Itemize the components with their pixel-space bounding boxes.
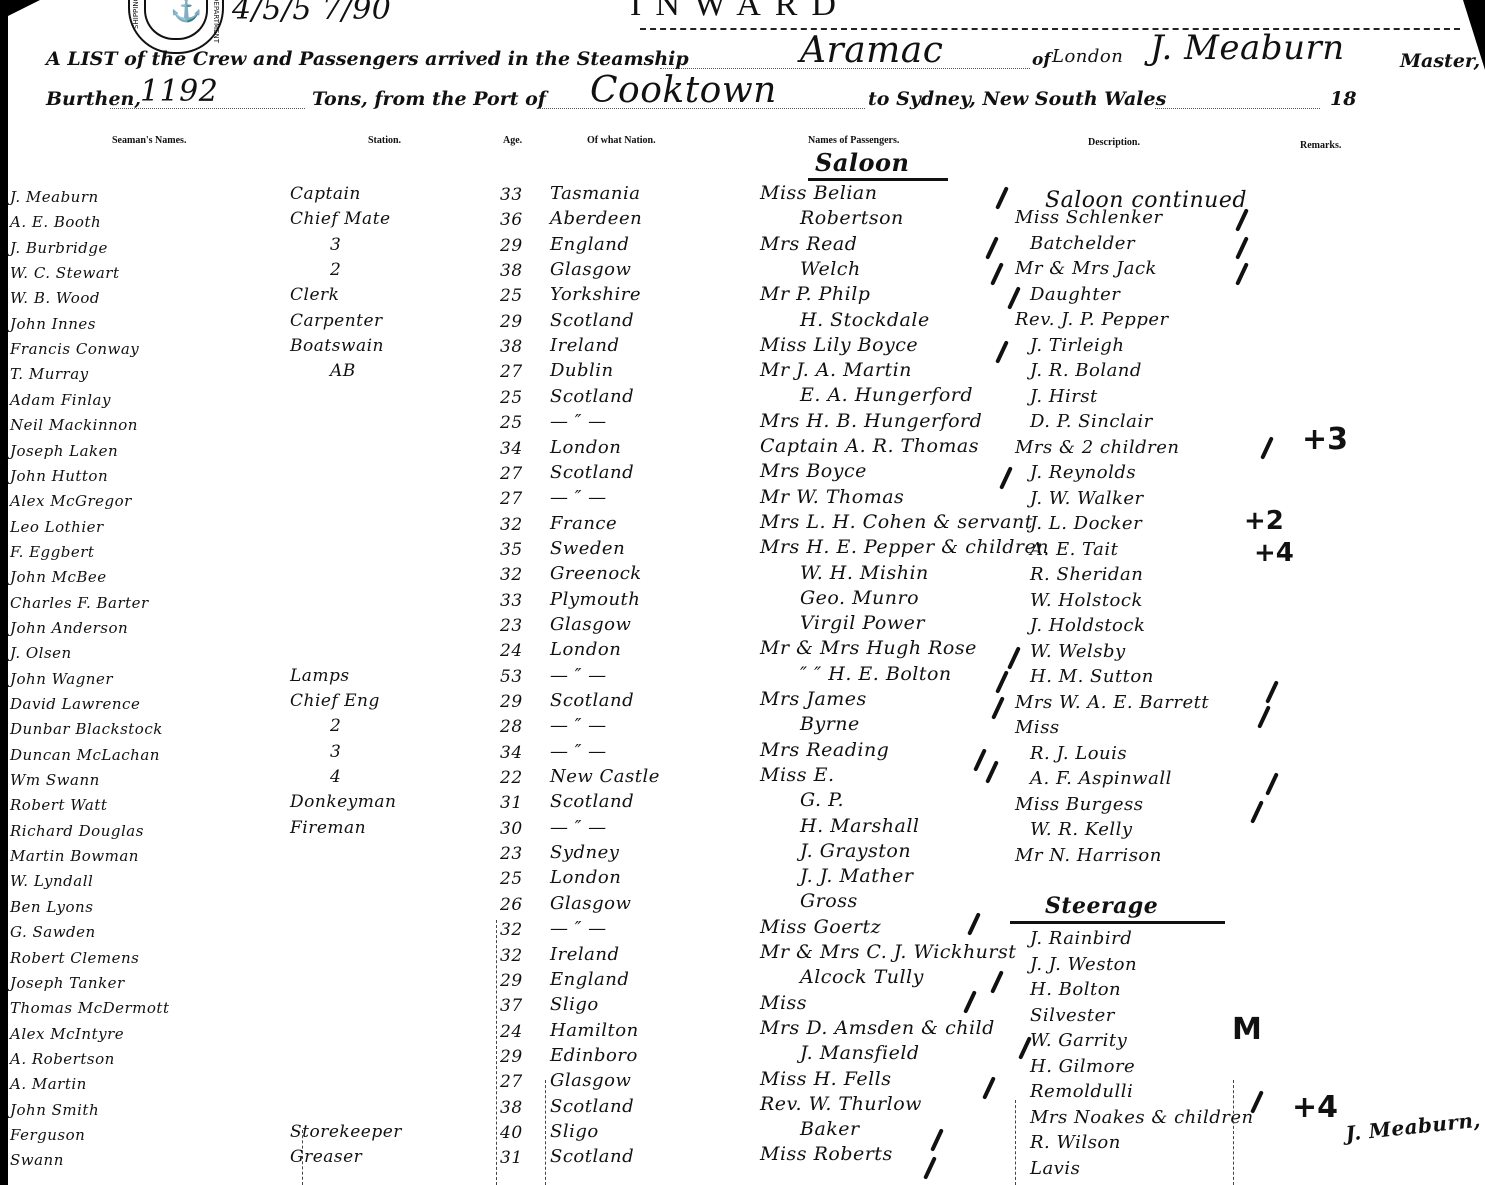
- crew-age: 31: [500, 1148, 523, 1168]
- crew-age: 29: [500, 1047, 523, 1067]
- crew-nation: Glasgow: [550, 1070, 631, 1091]
- crew-nation: London: [550, 639, 621, 660]
- passenger-name: Welch: [800, 258, 861, 280]
- passenger-name: Miss Belian: [760, 182, 878, 204]
- passenger-name: J. R. Boland: [1030, 360, 1142, 381]
- crew-name: A. Robertson: [10, 1050, 115, 1068]
- crew-age: 33: [500, 591, 523, 611]
- crew-nation: Edinboro: [550, 1045, 638, 1066]
- passenger-name: Gross: [800, 890, 858, 912]
- ship-name: Aramac: [800, 30, 943, 71]
- crew-name: David Lawrence: [10, 695, 140, 713]
- crew-name: John Wagner: [10, 670, 113, 688]
- crew-name: T. Murray: [10, 365, 89, 383]
- crew-age: 29: [500, 236, 523, 256]
- check-mark-icon: [1265, 680, 1279, 703]
- crew-station: 4: [330, 767, 341, 787]
- crew-nation: — ″ —: [550, 715, 607, 736]
- check-mark-icon: [967, 912, 981, 935]
- crew-name: A. E. Booth: [10, 213, 101, 231]
- passenger-name: W. R. Kelly: [1030, 819, 1133, 840]
- passenger-name: A. E. Tait: [1030, 539, 1118, 560]
- passenger-name: J. Tirleigh: [1030, 335, 1124, 356]
- crew-nation: Sligo: [550, 994, 599, 1015]
- crew-name: Leo Lothier: [10, 518, 104, 536]
- crew-nation: Scotland: [550, 386, 634, 407]
- crew-station: Donkeyman: [290, 792, 396, 812]
- burthen-label: Burthen,: [46, 88, 141, 110]
- crew-station: 3: [330, 235, 341, 255]
- passenger-name: Mrs & 2 children: [1015, 437, 1179, 458]
- crew-nation: London: [550, 867, 621, 888]
- crew-nation: England: [550, 234, 629, 255]
- column-rule: [1233, 1080, 1234, 1185]
- passenger-name: E. A. Hungerford: [800, 384, 973, 406]
- crew-station: Captain: [290, 184, 361, 204]
- from-port: Cooktown: [590, 70, 777, 111]
- crew-name: W. Lyndall: [10, 872, 93, 890]
- check-mark-icon: [963, 990, 977, 1013]
- crew-age: 36: [500, 210, 523, 230]
- crew-nation: Dublin: [550, 360, 614, 381]
- crew-station: Chief Mate: [290, 209, 391, 229]
- shipping-department-seal: ⚓ SHIPPING DEPARTMENT: [128, 0, 224, 54]
- crew-name: F. Eggbert: [10, 543, 94, 561]
- crew-nation: Sweden: [550, 538, 625, 559]
- check-mark-icon: [995, 670, 1009, 693]
- passenger-name: Miss Roberts: [760, 1143, 893, 1165]
- crew-name: Ferguson: [10, 1126, 85, 1144]
- passenger-name: Miss Lily Boyce: [760, 334, 918, 356]
- crew-nation: — ″ —: [550, 918, 607, 939]
- check-mark-icon: [1257, 705, 1271, 728]
- passenger-manifest-page: ⚓ SHIPPING DEPARTMENT 4/5/5 7/90 INWARD …: [0, 0, 1485, 1185]
- column-rule: [496, 920, 497, 1185]
- saloon-heading: Saloon: [815, 148, 909, 177]
- check-mark-icon: [1235, 236, 1249, 259]
- remark-mark-5: +4: [1292, 1090, 1338, 1125]
- crew-nation: Greenock: [550, 563, 642, 584]
- crew-age: 27: [500, 1072, 523, 1092]
- list-prefix: A LIST of the Crew and Passengers arrive…: [46, 48, 689, 70]
- check-mark-icon: [995, 186, 1009, 209]
- crew-age: 25: [500, 413, 523, 433]
- passenger-name: Daughter: [1030, 284, 1120, 305]
- crew-nation: Scotland: [550, 1096, 634, 1117]
- check-mark-icon: [999, 466, 1013, 489]
- crew-station: 2: [330, 260, 341, 280]
- col-header-seamen: Seaman's Names.: [112, 135, 186, 146]
- column-rule: [302, 1130, 303, 1185]
- crew-nation: — ″ —: [550, 487, 607, 508]
- passenger-name: Mrs James: [760, 688, 867, 710]
- remark-mark-1: +3: [1302, 422, 1348, 457]
- crew-age: 26: [500, 895, 523, 915]
- crew-nation: — ″ —: [550, 665, 607, 686]
- passenger-name: J. Hirst: [1030, 386, 1098, 407]
- seal-inner-ring: ⚓: [144, 0, 208, 40]
- crew-station: Fireman: [290, 818, 366, 838]
- seal-left-text: SHIPPING: [132, 0, 140, 29]
- crew-nation: Sligo: [550, 1121, 599, 1142]
- crew-name: Wm Swann: [10, 771, 100, 789]
- master-name: J. Meaburn: [1150, 28, 1345, 68]
- crew-name: W. B. Wood: [10, 289, 100, 307]
- seal-right-text: DEPARTMENT: [212, 0, 220, 43]
- burthen-value: 1192: [140, 74, 218, 109]
- crew-nation: Glasgow: [550, 893, 631, 914]
- passenger-name: G. P.: [800, 789, 844, 811]
- crew-station: Chief Eng: [290, 691, 380, 711]
- crew-name: Robert Clemens: [10, 949, 139, 967]
- crew-name: Francis Conway: [10, 340, 139, 358]
- passenger-name: J. Holdstock: [1030, 615, 1145, 636]
- crew-age: 40: [500, 1123, 523, 1143]
- passenger-name: J. W. Walker: [1030, 488, 1144, 509]
- crew-age: 29: [500, 971, 523, 991]
- passenger-name: Miss Goertz: [760, 916, 881, 938]
- crew-nation: Aberdeen: [550, 208, 642, 229]
- crew-station: Lamps: [290, 666, 350, 686]
- crew-age: 25: [500, 286, 523, 306]
- crew-name: G. Sawden: [10, 923, 96, 941]
- passenger-name: Mrs D. Amsden & child: [760, 1017, 995, 1039]
- master-label: Master,: [1400, 50, 1480, 72]
- passenger-name: W. Holstock: [1030, 590, 1143, 611]
- crew-age: 32: [500, 515, 523, 535]
- crew-name: J. Burbridge: [10, 239, 108, 257]
- crew-age: 25: [500, 869, 523, 889]
- crew-age: 38: [500, 261, 523, 281]
- steerage-passenger-name: J. Rainbird: [1030, 928, 1132, 949]
- crew-age: 33: [500, 185, 523, 205]
- steerage-passenger-name: Lavis: [1030, 1158, 1080, 1179]
- document-title: INWARD: [630, 0, 850, 24]
- crew-name: W. C. Stewart: [10, 264, 119, 282]
- scan-edge-top-left: [0, 0, 40, 20]
- crew-station: Greaser: [290, 1147, 362, 1167]
- crew-nation: Scotland: [550, 310, 634, 331]
- crew-station: Carpenter: [290, 311, 383, 331]
- passenger-name: J. J. Mather: [800, 865, 913, 887]
- tons-label: Tons, from the Port of: [312, 88, 546, 110]
- crew-age: 29: [500, 312, 523, 332]
- check-mark-icon: [990, 970, 1004, 993]
- passenger-name: H. Stockdale: [800, 309, 930, 331]
- passenger-name: W. H. Mishin: [800, 562, 929, 584]
- steerage-passenger-name: J. J. Weston: [1030, 954, 1137, 975]
- crew-age: 34: [500, 743, 523, 763]
- check-mark-icon: [1265, 772, 1279, 795]
- crew-nation: Tasmania: [550, 183, 640, 204]
- passenger-name: H. M. Sutton: [1030, 666, 1154, 687]
- passenger-name: Mr & Mrs Jack: [1015, 258, 1157, 279]
- passenger-name: Miss Schlenker: [1015, 207, 1163, 228]
- crew-age: 27: [500, 464, 523, 484]
- passenger-name: ″ ″ H. E. Bolton: [800, 663, 952, 685]
- crew-name: Adam Finlay: [10, 391, 111, 409]
- crew-name: A. Martin: [10, 1075, 87, 1093]
- crew-name: Alex McGregor: [10, 492, 132, 510]
- destination-label: to Sydney, New South Wales: [868, 88, 1166, 110]
- crew-age: 24: [500, 641, 523, 661]
- crew-nation: London: [550, 437, 621, 458]
- passenger-name: Miss Burgess: [1015, 794, 1143, 815]
- crew-name: Robert Watt: [10, 796, 107, 814]
- passenger-name: J. Grayston: [800, 840, 911, 862]
- remark-mark-3: +4: [1254, 538, 1294, 568]
- crew-name: J. Meaburn: [10, 188, 99, 206]
- saloon-underline: [808, 178, 948, 181]
- passenger-name: Mr W. Thomas: [760, 486, 904, 508]
- check-mark-icon: [1250, 1090, 1264, 1113]
- check-mark-icon: [923, 1156, 937, 1179]
- crew-age: 27: [500, 362, 523, 382]
- crew-age: 38: [500, 337, 523, 357]
- crew-station: AB: [330, 361, 356, 381]
- crew-name: J. Olsen: [10, 644, 72, 662]
- passenger-name: Batchelder: [1030, 233, 1135, 254]
- passenger-name: Virgil Power: [800, 612, 925, 634]
- crew-nation: Sydney: [550, 842, 619, 863]
- passenger-name: Geo. Munro: [800, 587, 919, 609]
- crew-age: 31: [500, 793, 523, 813]
- crew-name: Charles F. Barter: [10, 594, 149, 612]
- check-mark-icon: [985, 236, 999, 259]
- steerage-underline: [1010, 921, 1225, 924]
- check-mark-icon: [985, 760, 999, 783]
- crew-nation: Scotland: [550, 462, 634, 483]
- col-header-remarks: Remarks.: [1300, 140, 1341, 151]
- passenger-name: Mrs Read: [760, 233, 857, 255]
- passenger-name: W. Welsby: [1030, 641, 1126, 662]
- passenger-name: Mr P. Philp: [760, 283, 870, 305]
- column-rule: [1015, 1100, 1016, 1185]
- col-header-passengers: Names of Passengers.: [808, 135, 899, 146]
- crew-name: John Anderson: [10, 619, 128, 637]
- crew-age: 25: [500, 388, 523, 408]
- check-mark-icon: [1260, 436, 1274, 459]
- master-signature: J. Meaburn, Master: [1344, 1098, 1485, 1145]
- crew-nation: Scotland: [550, 690, 634, 711]
- crew-nation: — ″ —: [550, 411, 607, 432]
- crew-nation: New Castle: [550, 766, 660, 787]
- passenger-name: Baker: [800, 1118, 860, 1140]
- crew-name: Neil Mackinnon: [10, 416, 138, 434]
- passenger-name: Miss: [1015, 717, 1060, 738]
- check-mark-icon: [973, 748, 987, 771]
- crew-nation: Ireland: [550, 944, 619, 965]
- year-prefix: 18: [1330, 88, 1356, 110]
- crew-nation: — ″ —: [550, 817, 607, 838]
- date-line: [1155, 108, 1320, 109]
- check-mark-icon: [1235, 262, 1249, 285]
- passenger-name: Mr & Mrs C. J. Wickhurst: [760, 941, 1016, 963]
- remark-mark-4: M: [1232, 1012, 1262, 1047]
- crew-name: Thomas McDermott: [10, 999, 169, 1017]
- crew-nation: Ireland: [550, 335, 619, 356]
- crew-nation: Hamilton: [550, 1020, 639, 1041]
- check-mark-icon: [1007, 646, 1021, 669]
- passenger-name: Captain A. R. Thomas: [760, 435, 979, 457]
- crew-age: 24: [500, 1022, 523, 1042]
- passenger-name: Miss H. Fells: [760, 1068, 892, 1090]
- crew-station: Storekeeper: [290, 1122, 402, 1142]
- passenger-name: Alcock Tully: [800, 966, 924, 988]
- crew-name: Swann: [10, 1151, 64, 1169]
- passenger-name: D. P. Sinclair: [1030, 411, 1153, 432]
- of-label: of: [1032, 50, 1051, 70]
- passenger-name: Mrs W. A. E. Barrett: [1015, 692, 1209, 713]
- crew-name: Ben Lyons: [10, 898, 93, 916]
- crew-age: 37: [500, 996, 523, 1016]
- passenger-name: Mrs H. E. Pepper & children: [760, 536, 1049, 558]
- crew-name: John Innes: [10, 315, 96, 333]
- crew-name: Duncan McLachan: [10, 746, 160, 764]
- passenger-name: Mrs H. B. Hungerford: [760, 410, 982, 432]
- crew-station: Clerk: [290, 285, 339, 305]
- crew-station: 3: [330, 742, 341, 762]
- passenger-name: Miss E.: [760, 764, 834, 786]
- crew-nation: Glasgow: [550, 259, 631, 280]
- crew-nation: — ″ —: [550, 741, 607, 762]
- passenger-name: Mr J. A. Martin: [760, 359, 912, 381]
- steerage-passenger-name: Mrs Noakes & children: [1030, 1107, 1254, 1128]
- crew-station: 2: [330, 716, 341, 736]
- crew-name: John McBee: [10, 568, 107, 586]
- crew-age: 23: [500, 844, 523, 864]
- col-header-station: Station.: [368, 135, 401, 146]
- crew-age: 34: [500, 439, 523, 459]
- passenger-name: Mr & Mrs Hugh Rose: [760, 637, 977, 659]
- crew-name: Joseph Tanker: [10, 974, 125, 992]
- crew-age: 35: [500, 540, 523, 560]
- crew-age: 23: [500, 616, 523, 636]
- passenger-name: J. Reynolds: [1030, 462, 1136, 483]
- passenger-name: A. F. Aspinwall: [1030, 768, 1172, 789]
- check-mark-icon: [930, 1128, 944, 1151]
- steerage-passenger-name: R. Wilson: [1030, 1132, 1121, 1153]
- crew-station: Boatswain: [290, 336, 384, 356]
- passenger-name: Mrs L. H. Cohen & servant: [760, 511, 1033, 533]
- crew-age: 22: [500, 768, 523, 788]
- passenger-name: Byrne: [800, 713, 860, 735]
- col-header-nation: Of what Nation.: [587, 135, 656, 146]
- crew-nation: Scotland: [550, 791, 634, 812]
- reference-number: 4/5/5 7/90: [232, 0, 391, 27]
- crew-name: Richard Douglas: [10, 822, 144, 840]
- crew-nation: Yorkshire: [550, 284, 641, 305]
- crew-name: Dunbar Blackstock: [10, 720, 163, 738]
- crew-age: 28: [500, 717, 523, 737]
- crew-nation: Glasgow: [550, 614, 631, 635]
- passenger-name: H. Marshall: [800, 815, 919, 837]
- steerage-passenger-name: Remoldulli: [1030, 1081, 1133, 1102]
- crew-nation: Plymouth: [550, 589, 640, 610]
- crew-age: 53: [500, 667, 523, 687]
- passenger-name: Mrs Reading: [760, 739, 889, 761]
- passenger-name: J. L. Docker: [1030, 513, 1142, 534]
- crew-age: 30: [500, 819, 523, 839]
- crew-age: 38: [500, 1098, 523, 1118]
- crew-nation: England: [550, 969, 629, 990]
- crew-nation: Scotland: [550, 1146, 634, 1167]
- port-of-registry: London: [1052, 46, 1123, 67]
- steerage-passenger-name: Silvester: [1030, 1005, 1115, 1026]
- col-header-description: Description.: [1088, 137, 1140, 148]
- crew-name: John Hutton: [10, 467, 108, 485]
- passenger-name: Mr N. Harrison: [1015, 845, 1162, 866]
- passenger-name: Miss: [760, 992, 807, 1014]
- steerage-passenger-name: W. Garrity: [1030, 1030, 1127, 1051]
- col-header-age: Age.: [503, 135, 522, 146]
- passenger-name: Rev. W. Thurlow: [760, 1093, 922, 1115]
- steerage-passenger-name: H. Gilmore: [1030, 1056, 1135, 1077]
- check-mark-icon: [1007, 286, 1021, 309]
- check-mark-icon: [990, 262, 1004, 285]
- crew-age: 27: [500, 489, 523, 509]
- crew-name: Martin Bowman: [10, 847, 139, 865]
- crew-age: 32: [500, 920, 523, 940]
- passenger-name: J. Mansfield: [800, 1042, 920, 1064]
- crew-name: John Smith: [10, 1101, 99, 1119]
- check-mark-icon: [982, 1076, 996, 1099]
- remark-mark-2: +2: [1244, 506, 1284, 536]
- crew-nation: France: [550, 513, 617, 534]
- crew-name: Joseph Laken: [10, 442, 118, 460]
- passenger-name: R. J. Louis: [1030, 743, 1127, 764]
- passenger-name: Rev. J. P. Pepper: [1015, 309, 1169, 330]
- steerage-passenger-name: H. Bolton: [1030, 979, 1121, 1000]
- scan-edge-left: [0, 0, 8, 1185]
- passenger-name: Mrs Boyce: [760, 460, 867, 482]
- passenger-name: Robertson: [800, 207, 904, 229]
- passenger-name: R. Sheridan: [1030, 564, 1143, 585]
- check-mark-icon: [991, 696, 1005, 719]
- check-mark-icon: [1250, 800, 1264, 823]
- crew-age: 32: [500, 946, 523, 966]
- crew-name: Alex McIntyre: [10, 1025, 124, 1043]
- anchor-icon: ⚓: [170, 0, 202, 24]
- steerage-heading: Steerage: [1045, 893, 1158, 919]
- crew-age: 29: [500, 692, 523, 712]
- crew-age: 32: [500, 565, 523, 585]
- check-mark-icon: [995, 340, 1009, 363]
- column-rule: [545, 1080, 546, 1185]
